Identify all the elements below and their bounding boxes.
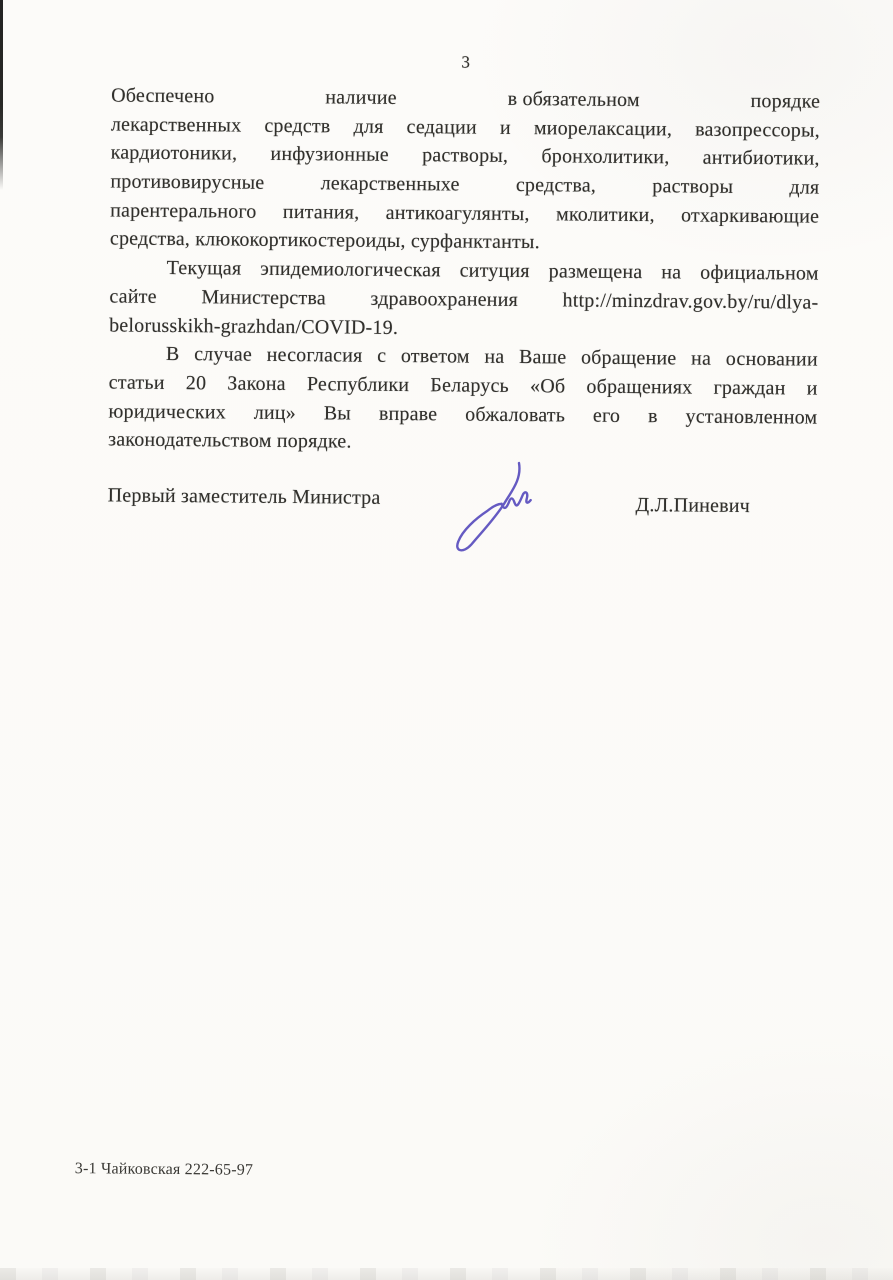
signer-title: Первый заместитель Министра — [108, 484, 381, 509]
scanned-letter: 3 Обеспеченоналичиев обязательномпорядке… — [0, 0, 893, 1280]
scan-edge-artifact-bottom — [0, 1268, 893, 1280]
page-number: 3 — [461, 53, 470, 73]
paragraph: Обеспеченоналичиев обязательномпорядке л… — [110, 84, 820, 262]
handwritten-signature-icon — [450, 446, 561, 567]
footer-reference: 3-1 Чайковская 222-65-97 — [75, 1160, 254, 1180]
scan-edge-artifact-left — [0, 0, 3, 190]
document-page: 3 Обеспеченоналичиев обязательномпорядке… — [0, 0, 893, 1280]
signer-name: Д.Л.Пиневич — [636, 494, 751, 518]
letter-body: Обеспеченоналичиев обязательномпорядке л… — [108, 84, 820, 463]
paragraph: ВслучаенесогласиясответомнаВашеобращение… — [108, 343, 818, 464]
paragraph: Текущаяэпидемиологическаяситуцияразмещен… — [109, 257, 819, 349]
